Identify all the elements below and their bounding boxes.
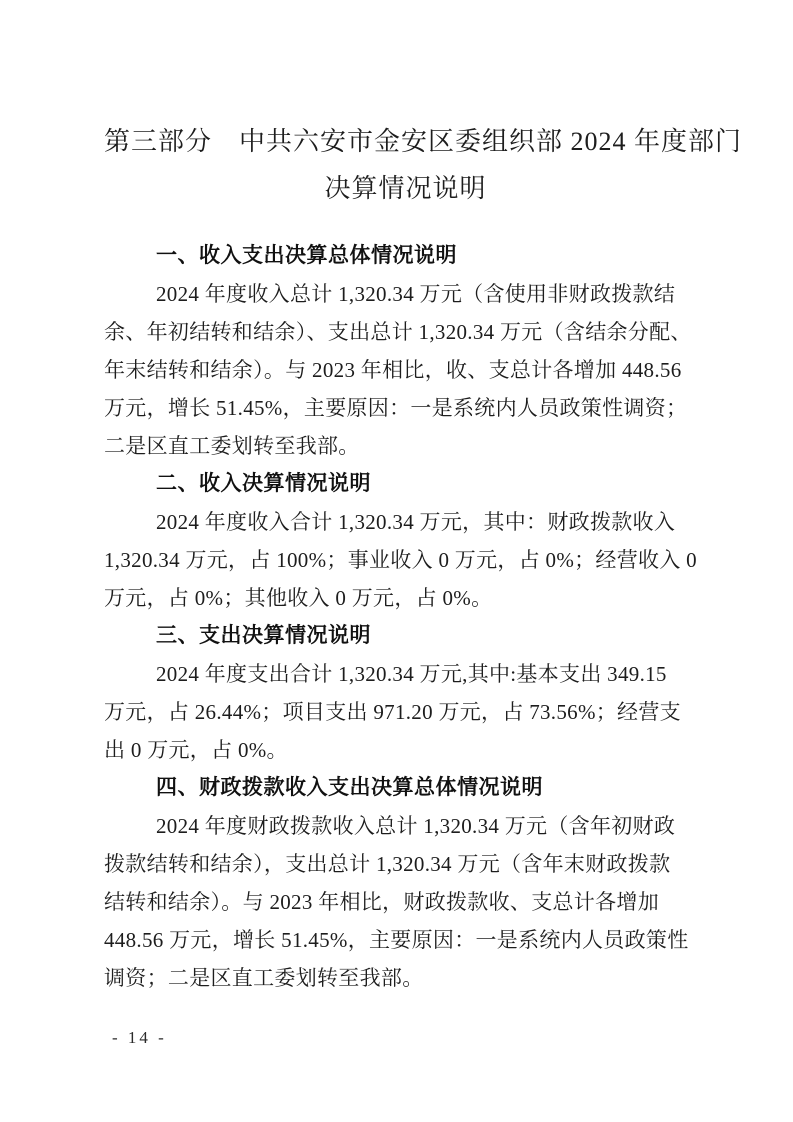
document-page: 第三部分 中共六安市金安区委组织部 2024 年度部门 决算情况说明 一、收入支… (0, 0, 793, 1122)
title-line-1: 第三部分 中共六安市金安区委组织部 2024 年度部门 (104, 118, 707, 165)
paragraph-line: 2024 年度支出合计 1,320.34 万元,其中:基本支出 349.15 (104, 655, 707, 693)
section-heading-1: 一、收入支出决算总体情况说明 (104, 237, 707, 275)
paragraph-line: 拨款结转和结余），支出总计 1,320.34 万元（含年末财政拨款 (104, 845, 707, 883)
paragraph-line: 万元，占 26.44%；项目支出 971.20 万元，占 73.56%；经营支 (104, 693, 707, 731)
section-heading-4: 四、财政拨款收入支出决算总体情况说明 (104, 769, 707, 807)
paragraph-line: 万元，增长 51.45%，主要原因：一是系统内人员政策性调资； (104, 389, 707, 427)
paragraph-line: 万元，占 0%；其他收入 0 万元，占 0%。 (104, 579, 707, 617)
paragraph-line: 1,320.34 万元，占 100%；事业收入 0 万元，占 0%；经营收入 0 (104, 541, 707, 579)
paragraph-line: 2024 年度收入总计 1,320.34 万元（含使用非财政拨款结 (104, 275, 707, 313)
paragraph-line: 调资；二是区直工委划转至我部。 (104, 959, 707, 997)
document-body: 一、收入支出决算总体情况说明 2024 年度收入总计 1,320.34 万元（含… (104, 237, 707, 997)
paragraph-line: 余、年初结转和结余）、支出总计 1,320.34 万元（含结余分配、 (104, 313, 707, 351)
paragraph-line: 2024 年度财政拨款收入总计 1,320.34 万元（含年初财政 (104, 807, 707, 845)
title-line-2: 决算情况说明 (104, 165, 707, 212)
paragraph-line: 2024 年度收入合计 1,320.34 万元，其中：财政拨款收入 (104, 503, 707, 541)
paragraph-line: 年末结转和结余）。与 2023 年相比，收、支总计各增加 448.56 (104, 351, 707, 389)
section-heading-2: 二、收入决算情况说明 (104, 465, 707, 503)
paragraph-line: 448.56 万元，增长 51.45%，主要原因：一是系统内人员政策性 (104, 921, 707, 959)
paragraph-line: 出 0 万元，占 0%。 (104, 731, 707, 769)
paragraph-line: 结转和结余）。与 2023 年相比，财政拨款收、支总计各增加 (104, 883, 707, 921)
document-title: 第三部分 中共六安市金安区委组织部 2024 年度部门 决算情况说明 (104, 118, 707, 212)
paragraph-line: 二是区直工委划转至我部。 (104, 427, 707, 465)
section-heading-3: 三、支出决算情况说明 (104, 617, 707, 655)
page-number: - 14 - (112, 1028, 167, 1048)
